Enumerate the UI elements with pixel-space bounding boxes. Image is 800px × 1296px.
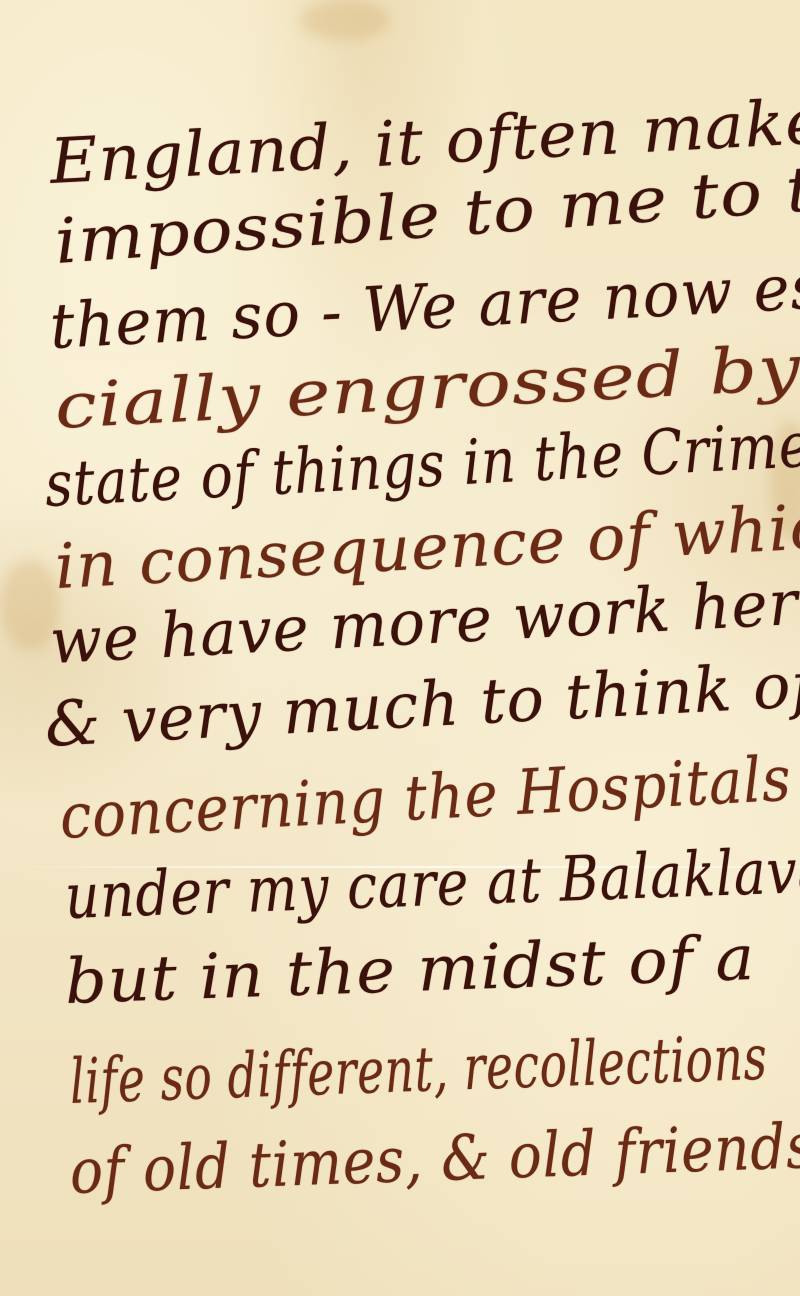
letter-line: but in the midst of a bbox=[64, 921, 757, 1018]
letter-line: under my care at Balaklava bbox=[64, 833, 800, 933]
letter-line: concerning the Hospitals bbox=[58, 742, 793, 853]
letter-line: of old times, & old friends bbox=[69, 1109, 800, 1208]
paper-stain bbox=[300, 0, 390, 40]
letter-page: England, it often makes it impossible to… bbox=[0, 0, 800, 1296]
letter-line: life so different, recollections bbox=[69, 1021, 769, 1118]
